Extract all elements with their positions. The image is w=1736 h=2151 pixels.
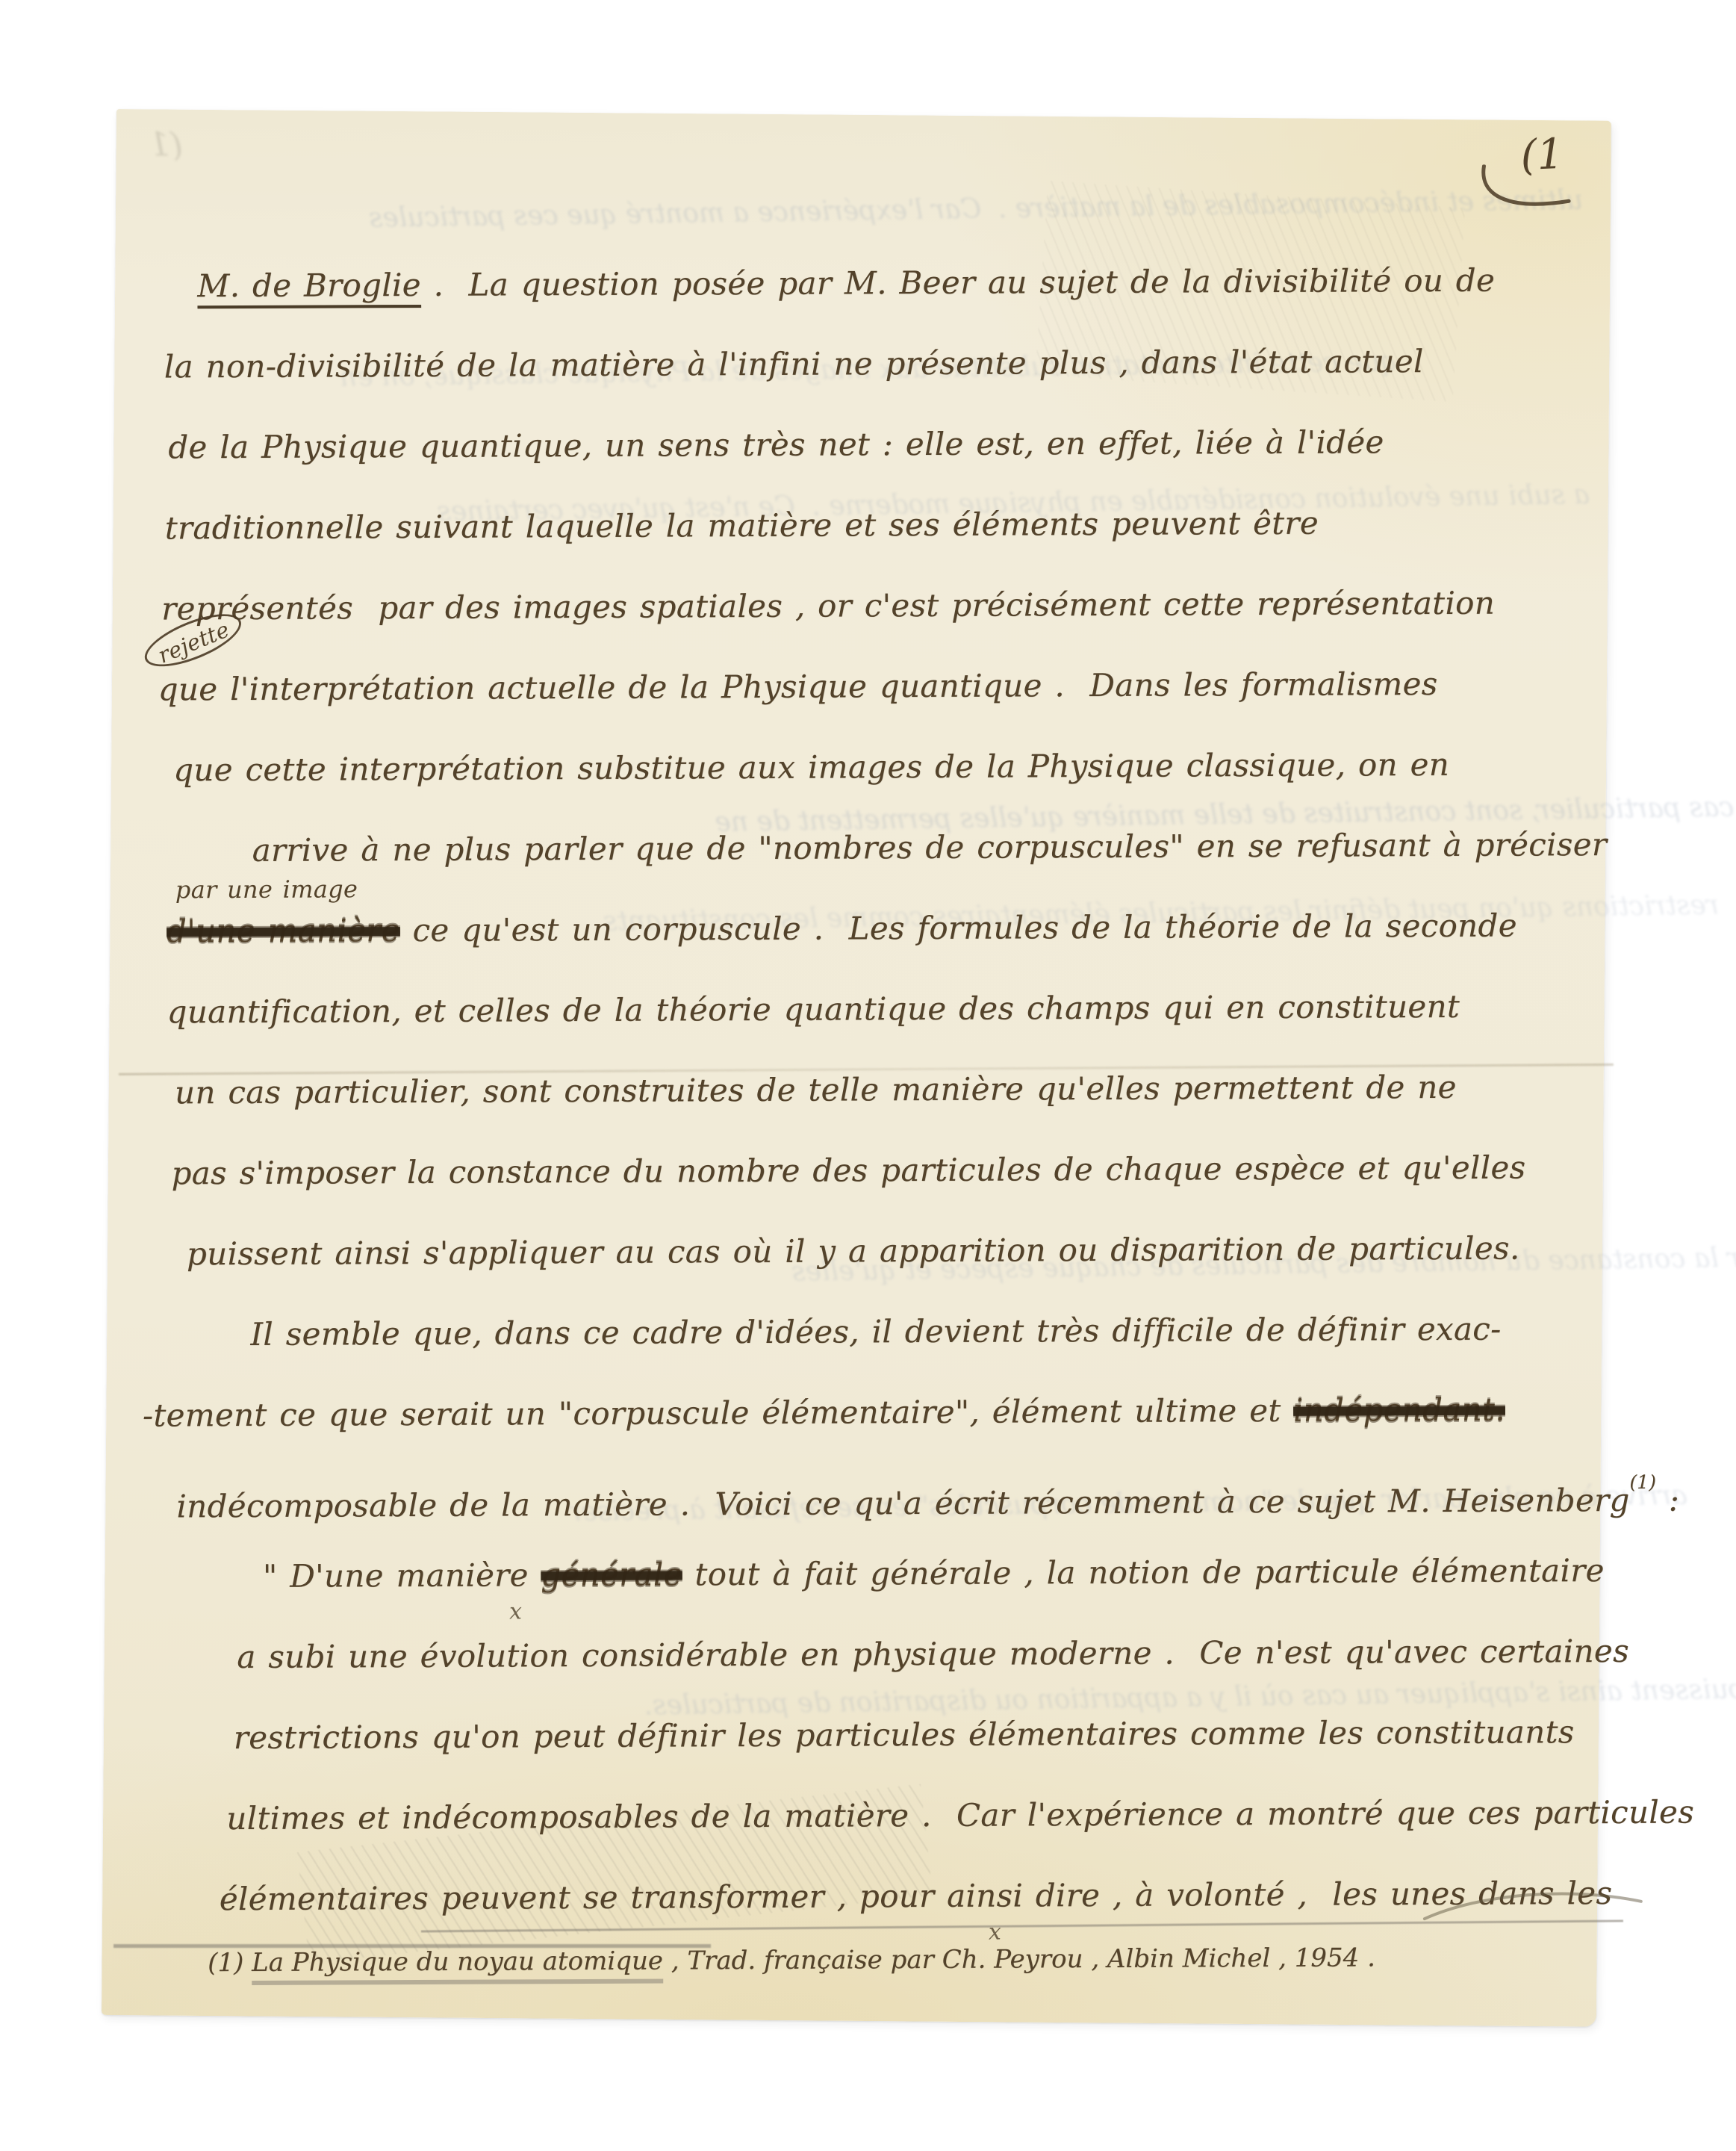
manuscript-line: traditionnelle suivant laquelle la matiè…	[165, 503, 1587, 590]
manuscript-line: M. de Broglie . La question posée par M.…	[197, 261, 1586, 348]
handwritten-text: élémentaires peuvent se transformer , po…	[220, 1875, 1613, 1917]
struck-out-text: générale	[541, 1556, 682, 1593]
manuscript-line: ultimes et indécomposables de la matière…	[226, 1794, 1593, 1881]
insertion-caret: x	[989, 1919, 1001, 1946]
manuscript-body: M. de Broglie . La question posée par M.…	[156, 261, 1593, 1961]
photo-background: (1 (1 ultimes et indécomposables de la m…	[0, 0, 1736, 2151]
insertion-caret: x	[509, 1598, 522, 1624]
manuscript-line: la non-divisibilité de la matière à l'in…	[164, 342, 1587, 429]
inserted-word: par une image	[175, 875, 358, 904]
manuscript-page: (1 (1 ultimes et indécomposables de la m…	[102, 109, 1611, 2027]
struck-out-text: indépendant.	[1293, 1391, 1505, 1429]
handwritten-text: ultimes et indécomposables de la matière…	[226, 1794, 1694, 1837]
manuscript-line: pas s'imposer la constance du nombre des…	[171, 1149, 1590, 1235]
handwritten-text: tout à fait générale , la notion de part…	[682, 1552, 1605, 1592]
manuscript-line: de la Physique quantique, un sens très n…	[168, 423, 1587, 509]
footnote-superscript-mark: (1)	[1629, 1471, 1656, 1493]
manuscript-line: un cas particulier, sont construites de …	[175, 1068, 1590, 1155]
manuscript-line: quantification, et celles de la théorie …	[167, 987, 1589, 1074]
handwritten-text: :	[1656, 1482, 1679, 1518]
manuscript-line: a subi une évolution considérable en phy…	[237, 1633, 1592, 1719]
page-number-underline-swoosh	[1478, 164, 1575, 217]
manuscript-line: " D'une manière générale tout à fait gén…	[263, 1552, 1592, 1639]
handwritten-text: traditionnelle suivant laquelle la matiè…	[165, 505, 1319, 547]
handwritten-text: arrive à ne plus parler que de "nombres …	[252, 826, 1608, 869]
handwritten-text: que l'interprétation actuelle de la Phys…	[158, 665, 1438, 707]
ink-flourish	[1422, 1882, 1646, 1935]
handwritten-text: de la Physique quantique, un sens très n…	[168, 423, 1384, 465]
handwritten-text: que cette interprétation substitue aux i…	[173, 746, 1449, 788]
sheet-inner: ultimes et indécomposables de la matière…	[114, 103, 1617, 2016]
manuscript-line: que cette interprétation substitue aux i…	[173, 745, 1588, 832]
handwritten-text: puissent ainsi s'appliquer au cas où il …	[187, 1230, 1520, 1273]
handwritten-text: quantification, et celles de la théorie …	[167, 988, 1460, 1031]
footnote: (1) La Physique du noyau atomique , Trad…	[208, 1943, 1375, 1978]
handwritten-text: restrictions qu'on peut définir les part…	[234, 1713, 1575, 1756]
manuscript-line: puissent ainsi s'appliquer au cas où il …	[187, 1229, 1590, 1316]
handwritten-text: indécomposable de la matière . Voici ce …	[176, 1482, 1629, 1524]
handwritten-text: pas s'imposer la constance du nombre des…	[171, 1149, 1525, 1191]
manuscript-line: rejetteque l'interprétation actuelle de …	[158, 665, 1588, 751]
manuscript-line: Il semble que, dans ce cadre d'idées, il…	[250, 1310, 1590, 1397]
handwritten-text: " D'une manière	[263, 1556, 541, 1595]
footnote-reference: , Trad. française par Ch. Peyrou , Albin…	[663, 1943, 1375, 1975]
handwritten-text: un cas particulier, sont construites de …	[175, 1069, 1457, 1111]
manuscript-line: arrive à ne plus parler que de "nombres …	[252, 826, 1589, 913]
handwritten-text: -tement ce que serait un "corpuscule élé…	[143, 1392, 1293, 1434]
footnote-book-title: La Physique du noyau atomique	[252, 1946, 663, 1985]
manuscript-line: restrictions qu'on peut définir les part…	[234, 1713, 1593, 1800]
handwritten-text: la non-divisibilité de la matière à l'in…	[164, 343, 1424, 385]
struck-out-text: d'une manière	[167, 912, 400, 949]
handwritten-text: . La question posée par M. Beer au sujet…	[421, 262, 1495, 303]
manuscript-line: indécomposable de la matière . Voici ce …	[176, 1471, 1591, 1558]
manuscript-line: représentés par des images spatiales , o…	[161, 584, 1587, 671]
underlined-speaker-name: M. de Broglie	[197, 267, 421, 304]
footnote-marker: (1)	[208, 1948, 252, 1978]
handwritten-text: Il semble que, dans ce cadre d'idées, il…	[250, 1311, 1501, 1353]
handwritten-text: ce qu'est un corpuscule . Les formules d…	[400, 907, 1517, 949]
manuscript-line: par une imaged'une manière ce qu'est un …	[167, 907, 1589, 993]
handwritten-text: représentés par des images spatiales , o…	[161, 585, 1495, 627]
handwritten-text: a subi une évolution considérable en phy…	[237, 1633, 1629, 1675]
manuscript-line: -tement ce que serait un "corpuscule élé…	[143, 1391, 1591, 1477]
